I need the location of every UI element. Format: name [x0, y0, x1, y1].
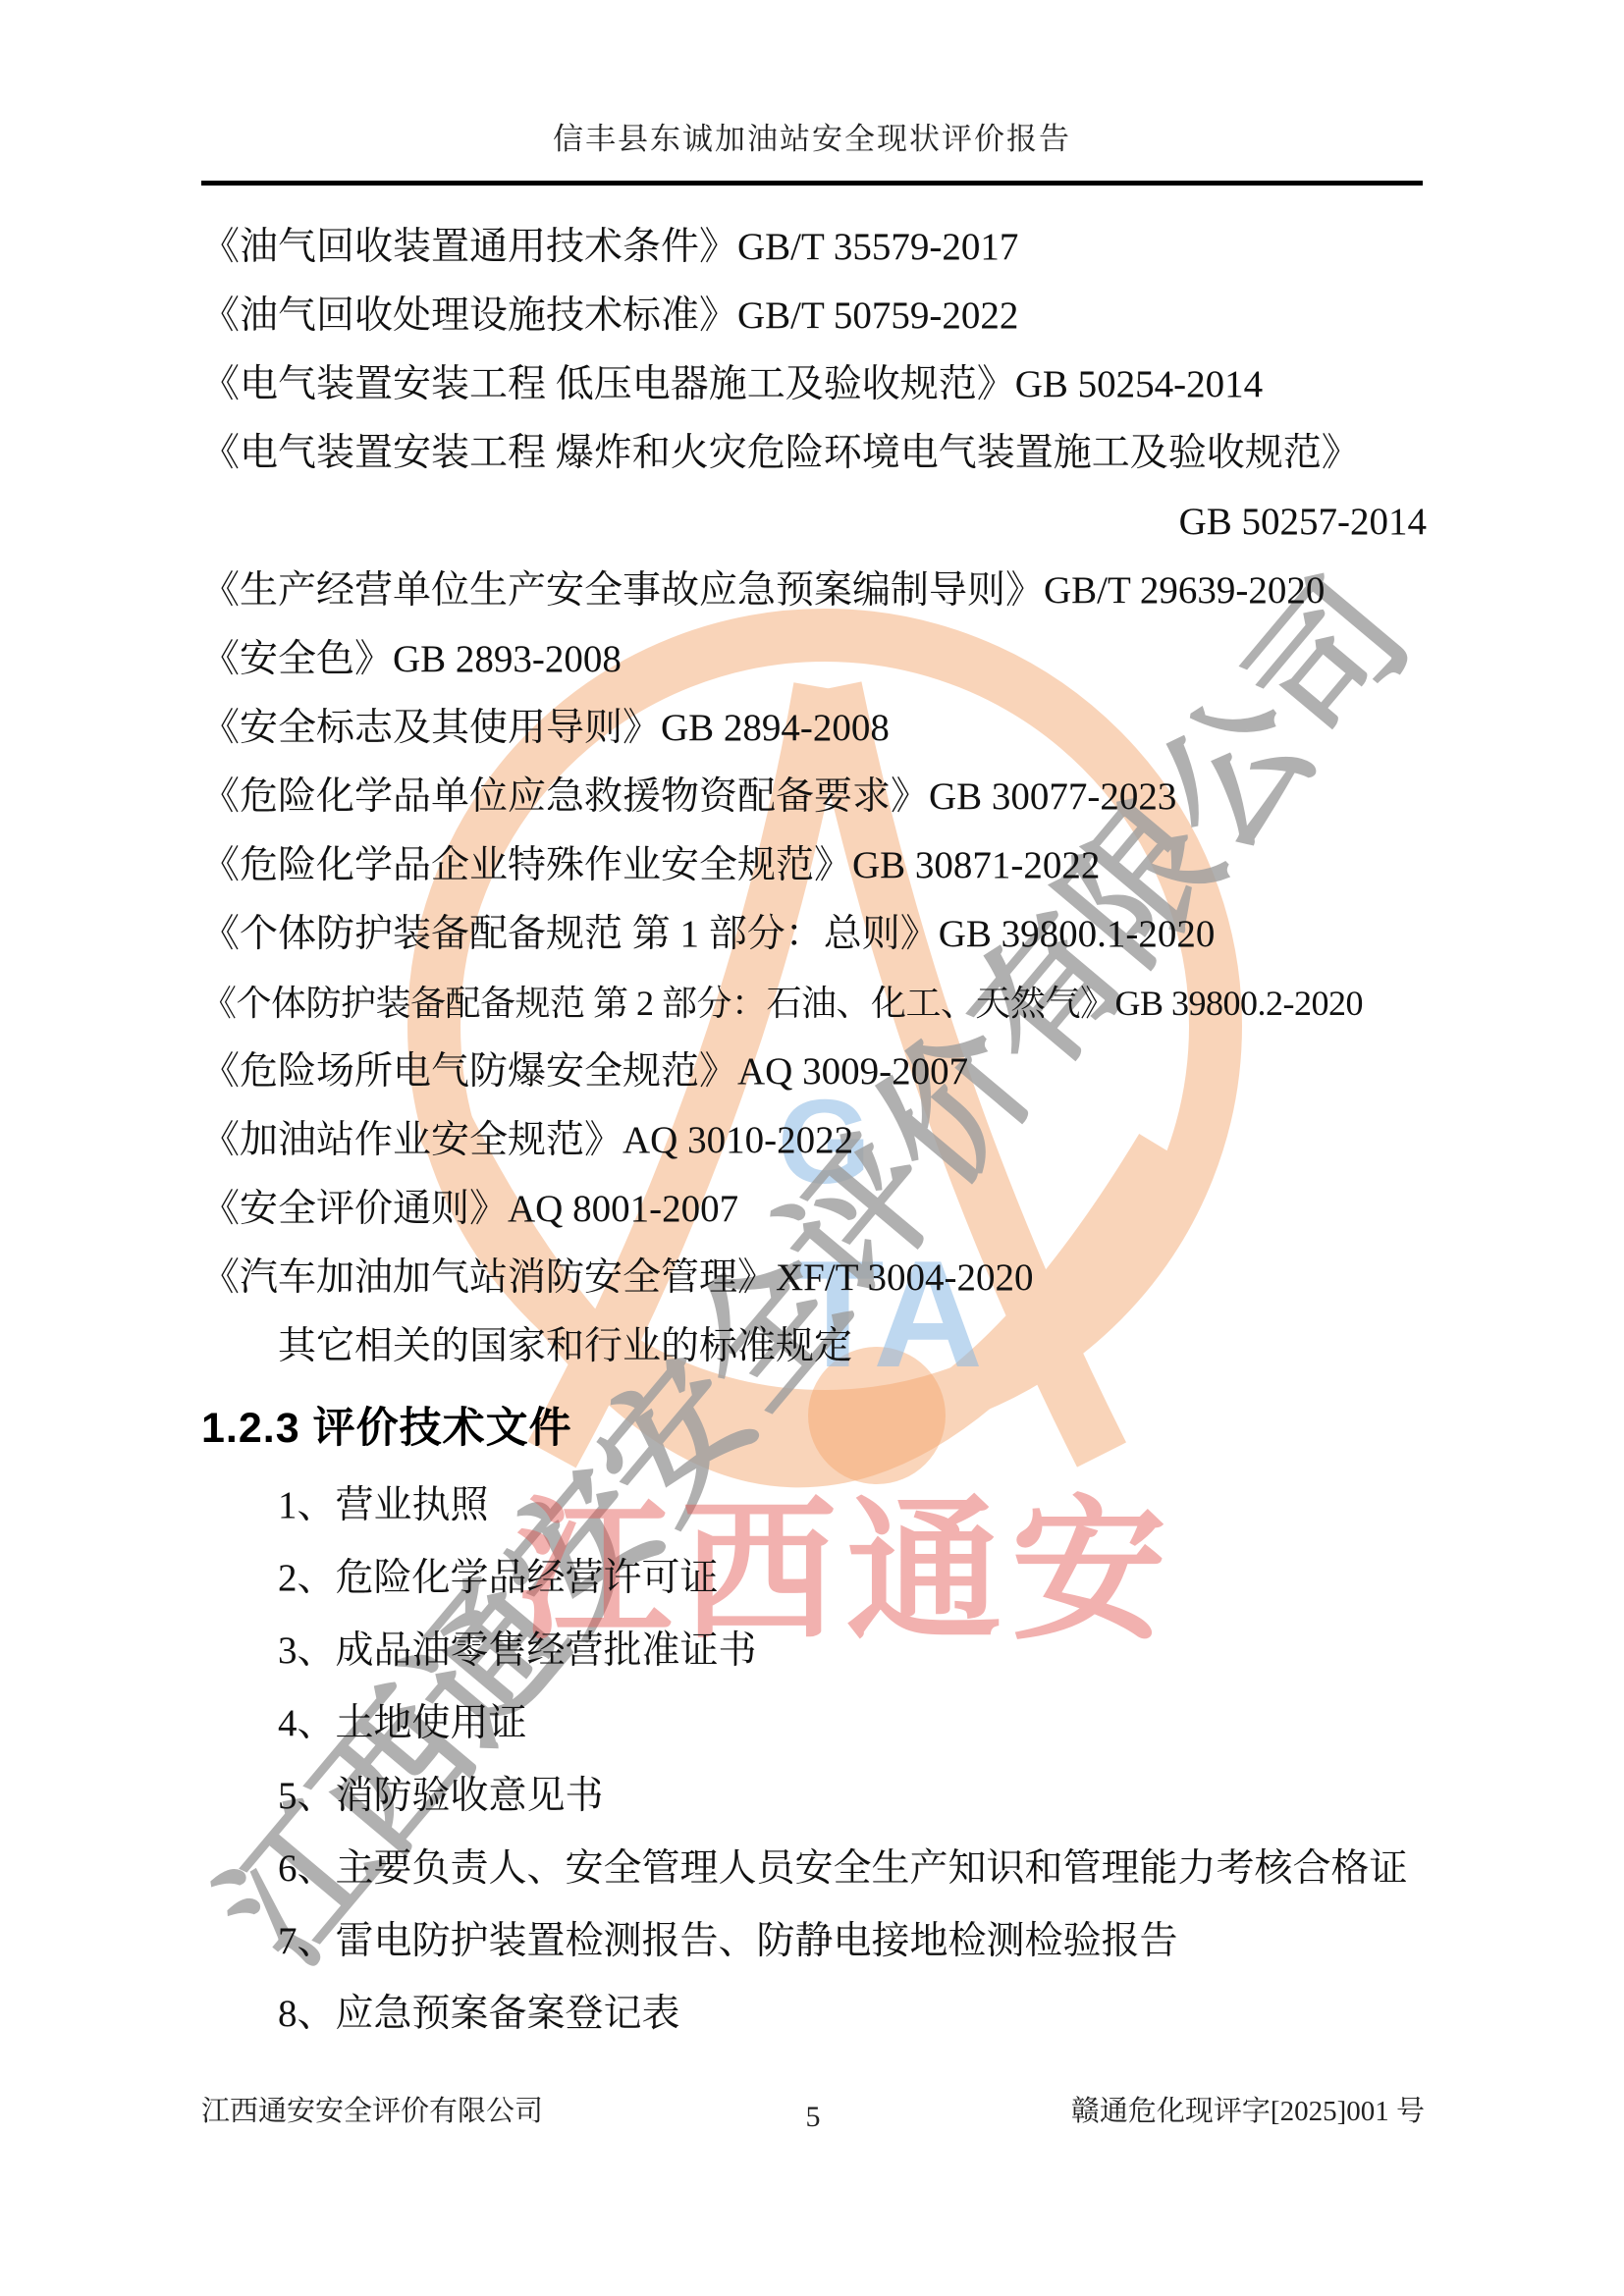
- document-item: 3、成品油零售经营批准证书: [201, 1615, 1427, 1687]
- standard-line: 《个体防护装备配备规范 第 2 部分：石油、化工、天然气》GB 39800.2-…: [201, 969, 1427, 1038]
- standard-line: 《电气装置安装工程 爆炸和火灾危险环境电气装置施工及验收规范》: [201, 419, 1427, 488]
- page-footer: 江西通安安全评价有限公司 5 赣通危化现评字[2025]001 号: [201, 2089, 1425, 2158]
- other-standards-note: 其它相关的国家和行业的标准规定: [201, 1312, 1427, 1381]
- document-item: 6、主要负责人、安全管理人员安全生产知识和管理能力考核合格证: [201, 1833, 1427, 1905]
- document-item: 8、应急预案备案登记表: [201, 1978, 1427, 2051]
- standard-line: 《个体防护装备配备规范 第 1 部分：总则》GB 39800.1-2020: [201, 900, 1427, 969]
- standard-line: 《安全评价通则》AQ 8001-2007: [201, 1175, 1427, 1244]
- document-page: 信丰县东诚加油站安全现状评价报告 《油气回收装置通用技术条件》GB/T 3557…: [0, 0, 1624, 2296]
- standard-line: 《危险化学品企业特殊作业安全规范》GB 30871-2022: [201, 831, 1427, 900]
- standard-line: 《生产经营单位生产安全事故应急预案编制导则》GB/T 29639-2020: [201, 557, 1427, 625]
- standard-line: 《加油站作业安全规范》AQ 3010-2022: [201, 1106, 1427, 1175]
- standard-line: 《电气装置安装工程 低压电器施工及验收规范》GB 50254-2014: [201, 350, 1427, 419]
- standard-line: 《油气回收处理设施技术标准》GB/T 50759-2022: [201, 282, 1427, 350]
- standard-line: 《危险化学品单位应急救援物资配备要求》GB 30077-2023: [201, 763, 1427, 831]
- header-rule: [201, 181, 1423, 186]
- document-item: 7、雷电防护装置检测报告、防静电接地检测检验报告: [201, 1905, 1427, 1978]
- document-item: 5、消防验收意见书: [201, 1760, 1427, 1833]
- document-item: 4、土地使用证: [201, 1687, 1427, 1760]
- standards-list: 《油气回收装置通用技术条件》GB/T 35579-2017 《油气回收处理设施技…: [201, 213, 1427, 2051]
- footer-doc-number: 赣通危化现评字[2025]001 号: [1071, 2089, 1425, 2129]
- standard-line: 《油气回收装置通用技术条件》GB/T 35579-2017: [201, 213, 1427, 282]
- standard-line: 《安全色》GB 2893-2008: [201, 625, 1427, 694]
- section-heading: 1.2.3 评价技术文件: [201, 1393, 1427, 1464]
- standard-line: 《汽车加油加气站消防安全管理》XF/T 3004-2020: [201, 1244, 1427, 1312]
- page-header-title: 信丰县东诚加油站安全现状评价报告: [0, 114, 1624, 158]
- technical-documents-list: 1、营业执照 2、危险化学品经营许可证 3、成品油零售经营批准证书 4、土地使用…: [201, 1469, 1427, 2051]
- standard-line: 《危险场所电气防爆安全规范》AQ 3009-2007: [201, 1038, 1427, 1106]
- standard-line-continuation: GB 50257-2014: [201, 488, 1427, 557]
- standard-line: 《安全标志及其使用导则》GB 2894-2008: [201, 694, 1427, 763]
- document-item: 1、营业执照: [201, 1469, 1427, 1542]
- document-item: 2、危险化学品经营许可证: [201, 1542, 1427, 1615]
